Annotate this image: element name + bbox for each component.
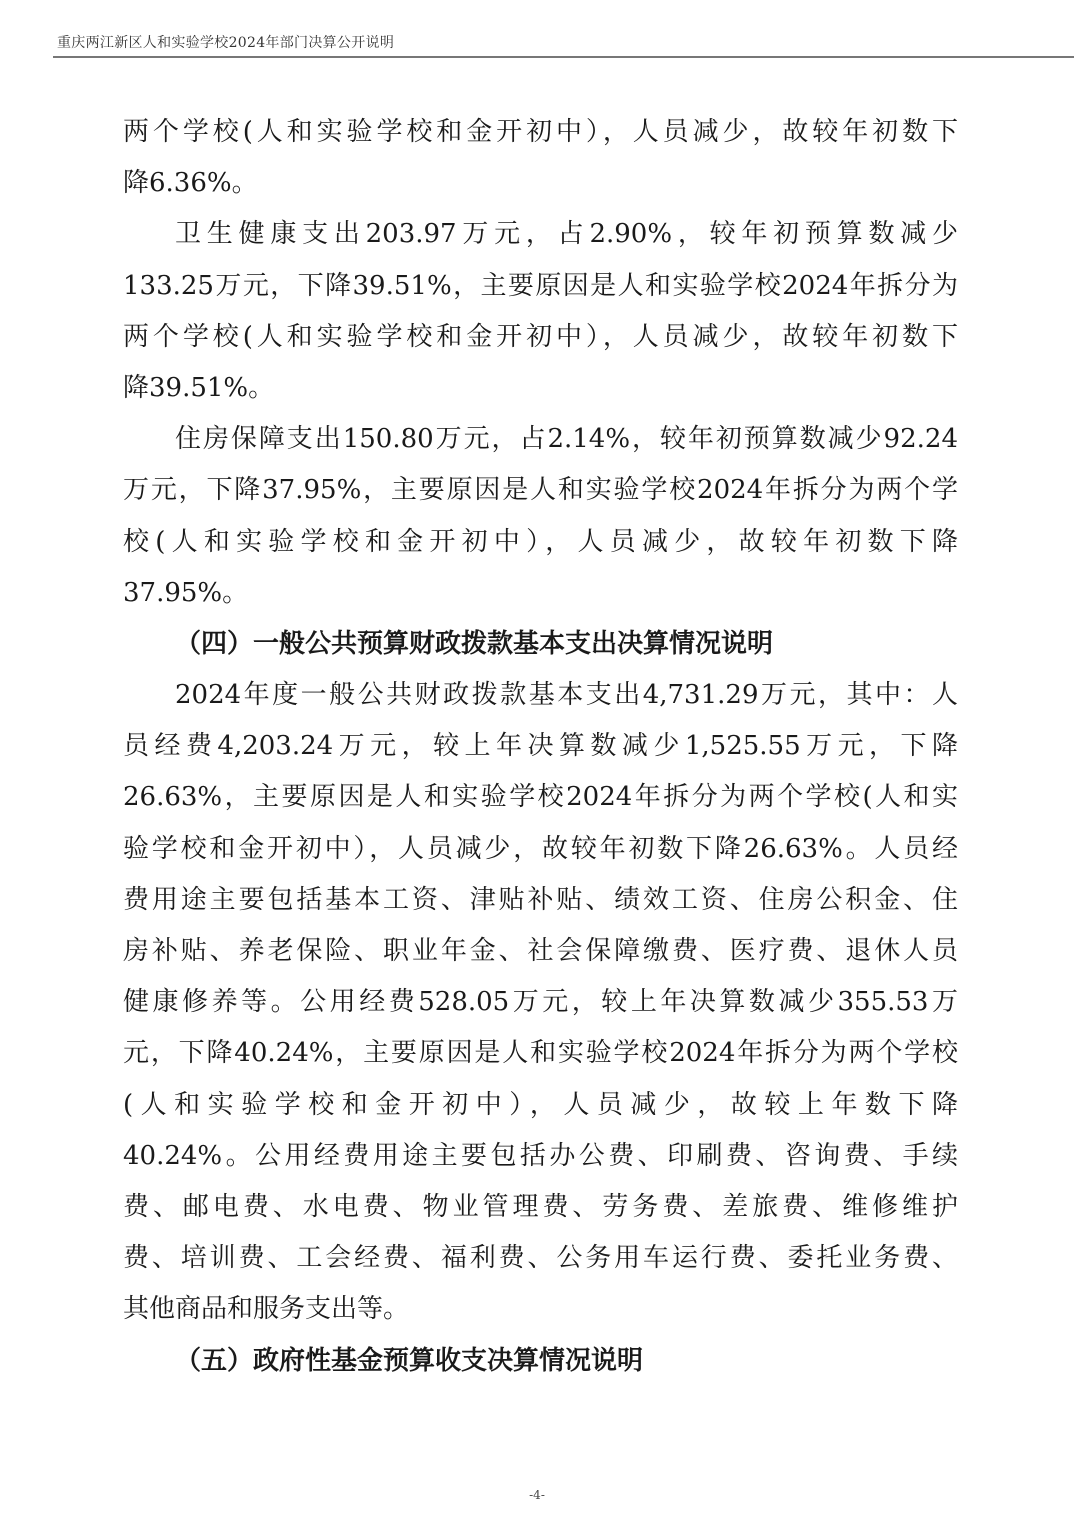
paragraph-health-expenditure: 卫生健康支出203.97万元，占2.90%，较年初预算数减少 (123, 209, 958, 260)
body-line: 降39.51%。 (123, 363, 958, 414)
body-line: 其他商品和服务支出等。 (123, 1284, 958, 1335)
body-line: 两个学校(人和实验学校和金开初中），人员减少，故较年初数下 (123, 107, 958, 158)
body-line: 40.24%。公用经费用途主要包括办公费、印刷费、咨询费、手续 (123, 1131, 958, 1182)
section-heading-5: （五）政府性基金预算收支决算情况说明 (123, 1336, 958, 1387)
body-line: 元，下降40.24%，主要原因是人和实验学校2024年拆分为两个学校 (123, 1028, 958, 1079)
body-line: 万元，下降37.95%，主要原因是人和实验学校2024年拆分为两个学 (123, 465, 958, 516)
body-line: 校(人和实验学校和金开初中），人员减少，故较年初数下降 (123, 517, 958, 568)
page-number: -4- (0, 1488, 1074, 1502)
document-body: 两个学校(人和实验学校和金开初中），人员减少，故较年初数下 降6.36%。 卫生… (123, 107, 958, 1387)
body-line: 37.95%。 (123, 568, 958, 619)
body-line: (人和实验学校和金开初中），人员减少，故较上年数下降 (123, 1080, 958, 1131)
body-line: 降6.36%。 (123, 158, 958, 209)
paragraph-basic-expenditure: 2024年度一般公共财政拨款基本支出4,731.29万元，其中：人 (123, 670, 958, 721)
body-line: 费、邮电费、水电费、物业管理费、劳务费、差旅费、维修维护 (123, 1182, 958, 1233)
body-line: 两个学校(人和实验学校和金开初中），人员减少，故较年初数下 (123, 312, 958, 363)
body-line: 费、培训费、工会经费、福利费、公务用车运行费、委托业务费、 (123, 1233, 958, 1284)
body-line: 验学校和金开初中），人员减少，故较年初数下降26.63%。人员经 (123, 824, 958, 875)
body-line: 133.25万元，下降39.51%，主要原因是人和实验学校2024年拆分为 (123, 261, 958, 312)
body-line: 26.63%，主要原因是人和实验学校2024年拆分为两个学校(人和实 (123, 772, 958, 823)
page-header: 重庆两江新区人和实验学校2024年部门决算公开说明 (53, 30, 1074, 58)
body-line: 健康修养等。公用经费528.05万元，较上年决算数减少355.53万 (123, 977, 958, 1028)
document-title: 重庆两江新区人和实验学校2024年部门决算公开说明 (57, 32, 394, 52)
body-line: 房补贴、养老保险、职业年金、社会保障缴费、医疗费、退休人员 (123, 926, 958, 977)
section-heading-4: （四）一般公共预算财政拨款基本支出决算情况说明 (123, 619, 958, 670)
paragraph-housing-expenditure: 住房保障支出150.80万元，占2.14%，较年初预算数减少92.24 (123, 414, 958, 465)
body-line: 费用途主要包括基本工资、津贴补贴、绩效工资、住房公积金、住 (123, 875, 958, 926)
body-line: 员经费4,203.24万元，较上年决算数减少1,525.55万元，下降 (123, 721, 958, 772)
